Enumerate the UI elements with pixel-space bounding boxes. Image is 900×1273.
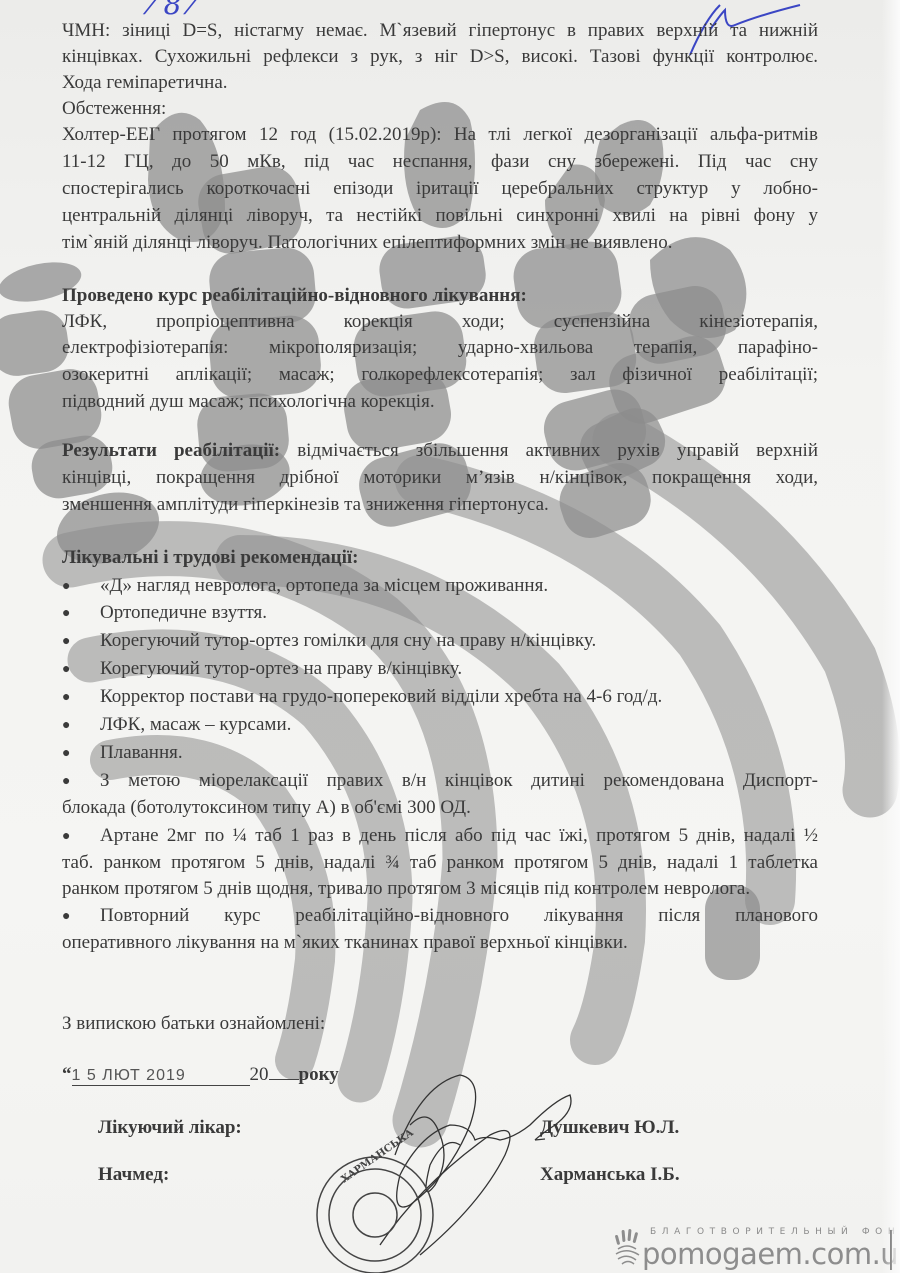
recommendation-dysport-line: ●З метою міорелаксації правих в/н кінців… <box>62 768 818 795</box>
year-blank <box>269 1079 299 1080</box>
bullet-icon: ● <box>62 629 100 655</box>
date-stamp: 1 5 ЛЮТ 2019 <box>72 1067 250 1086</box>
chief-label: Начмед: <box>98 1164 169 1186</box>
page-edge <box>882 0 900 1273</box>
eeg-line: центральній ділянці ліворуч, та нестійкі… <box>62 203 818 229</box>
recommendation-item: ●ЛФК, масаж – курсами. <box>62 712 818 739</box>
eeg-line: Холтер-ЕЕГ протягом 12 год (15.02.2019р)… <box>62 122 818 148</box>
recommendation-item: ●«Д» нагляд невролога, ортопеда за місце… <box>62 573 818 600</box>
bullet-icon: ● <box>62 824 100 850</box>
eeg-line: спостерігались короткочасні епізоди ірит… <box>62 176 818 202</box>
recommendation-item: ●Корегуючий тутор-ортез гомілки для сну … <box>62 628 818 655</box>
recommendation-artane-line: таб. ранком протягом 5 днів, надалі ¾ та… <box>62 850 818 876</box>
recommendation-dysport-line: блокада (ботолутоксином типу А) в об'ємі… <box>62 795 818 821</box>
bullet-icon: ● <box>62 685 100 711</box>
pomogaem-logo: БЛАГОТВОРИТЕЛЬНЫЙ ФОНД pomogaem.com.ua <box>612 1225 900 1273</box>
rehab-course-heading: Проведено курс реабілітаційно-відновного… <box>62 283 818 309</box>
bullet-icon: ● <box>62 741 100 767</box>
recommendation-repeat-line: оперативного лікування на м`яких тканина… <box>62 930 818 956</box>
bullet-icon: ● <box>62 657 100 683</box>
rehab-results-line: кінцівці, покращення дрібної моторики м’… <box>62 465 818 491</box>
rehab-course-line: електрофізіотерапія: мікрополяризація; у… <box>62 335 818 361</box>
rehab-course-line: ЛФК, пропріоцептивна корекція ходи; сусп… <box>62 309 818 335</box>
rehab-course-line: підводний душ масаж; психологічна корекц… <box>62 389 818 415</box>
recommendation-repeat-line: ●Повторний курс реабілітаційно-відновног… <box>62 903 818 930</box>
recommendation-item: ●Плавання. <box>62 740 818 767</box>
bullet-icon: ● <box>62 769 100 795</box>
eeg-line: тім`яній ділянці ліворуч. Патологічних е… <box>62 230 818 256</box>
bullet-icon: ● <box>62 713 100 739</box>
recommendation-artane-line: ●Артане 2мг по ¼ таб 1 раз в день після … <box>62 823 818 850</box>
rehab-results-label: Результати реабілітації: <box>62 440 280 461</box>
bullet-icon: ● <box>62 601 100 627</box>
exam-line: кінцівках. Сухожильні рефлекси з рук, з … <box>62 44 818 70</box>
date-field: “1 5 ЛЮТ 201920року <box>62 1064 339 1086</box>
recommendation-artane-line: ранком протягом 5 днів щодня, тривало пр… <box>62 876 818 902</box>
bullet-icon: ● <box>62 574 100 600</box>
bullet-icon: ● <box>62 904 100 930</box>
rehab-results-text: відмічається збільшення активних рухів у… <box>297 440 818 461</box>
recommendations-heading: Лікувальні і трудові рекомендації: <box>62 545 818 571</box>
examination-heading: Обстеження: <box>62 96 818 122</box>
document-body: ⁄ 8 ⁄ ЧМН: зіниці D=S, ністагму немає. М… <box>0 0 900 1273</box>
recommendation-item: ●Корегуючий тутор-ортез на праву в/кінці… <box>62 656 818 683</box>
logo-url: pomogaem.com.ua <box>642 1237 900 1271</box>
doctor-label: Лікуючий лікар: <box>98 1117 242 1139</box>
acknowledgement-text: З випискою батьки ознайомлені: <box>62 1011 818 1037</box>
eeg-line: 11-12 ГЦ, до 50 мКв, під час неспання, ф… <box>62 149 818 175</box>
rehab-results-line: зменшення амплітуди гіперкінезів та зниж… <box>62 492 818 518</box>
rehab-results-line: Результати реабілітації: відмічається зб… <box>62 438 818 464</box>
exam-line: Хода геміпаретична. <box>62 70 818 96</box>
rehab-course-line: озокеритні аплікації; масаж; голкорефлек… <box>62 362 818 388</box>
hand-logo-icon <box>612 1227 644 1267</box>
recommendation-item: ●Корректор постави на грудо-поперековий … <box>62 684 818 711</box>
recommendation-item: ●Ортопедичне взуття. <box>62 600 818 627</box>
exam-line: ЧМН: зіниці D=S, ністагму немає. М`язеви… <box>62 18 818 44</box>
svg-text:ХАРМАНСЬКА: ХАРМАНСЬКА <box>339 1127 416 1186</box>
signature-and-stamp-icon: ХАРМАНСЬКА <box>300 1065 590 1273</box>
logo-tagline: БЛАГОТВОРИТЕЛЬНЫЙ ФОНД <box>650 1227 900 1237</box>
